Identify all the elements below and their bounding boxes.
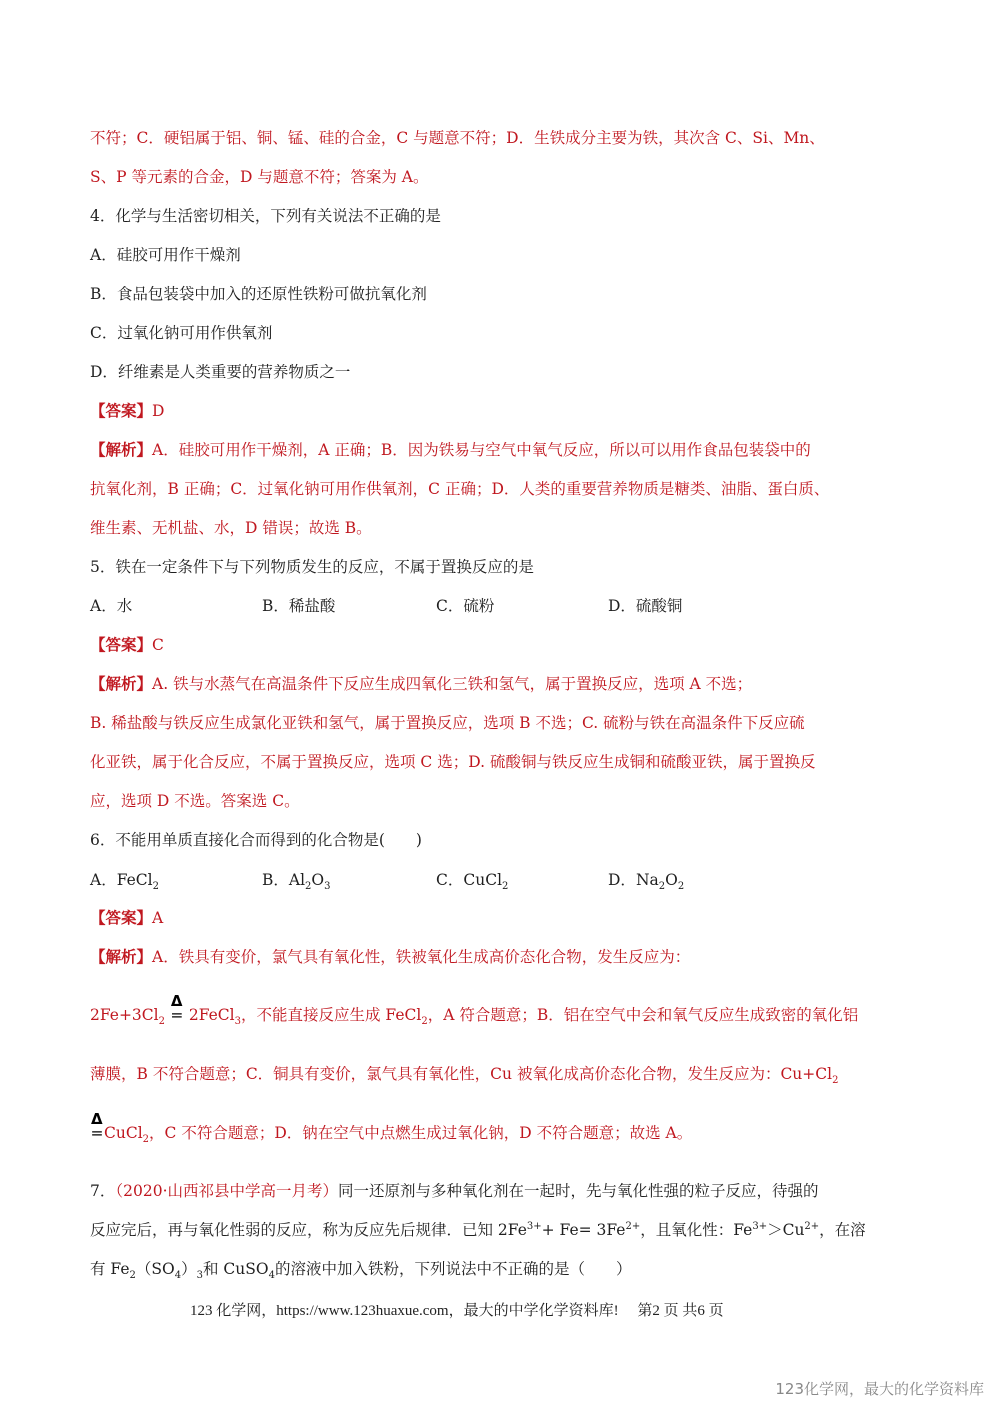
option-label: D． [608,871,636,889]
question-text: 和 CuSO [203,1260,269,1278]
formula: FeCl [117,871,153,889]
formula-subscript: 2 [832,1075,838,1086]
question-text: 有 Fe [90,1260,130,1278]
analysis-tag: 【解析】 [90,947,152,966]
formula: Al [289,871,305,889]
question-7-stem-line: 有 Fe2（SO4）3和 CuSO4的溶液中加入铁粉，下列说法中不正确的是（ ） [90,1258,631,1280]
analysis-tag: 【解析】 [90,440,152,459]
question-4-analysis-line: 【解析】A．硅胶可用作干燥剂，A 正确；B．因为铁易与空气中氧气反应，所以可以用… [90,439,811,461]
question-7-stem-line: 反应完后，再与氧化性弱的反应，称为反应先后规律．已知 2Fe3++ Fe= 3F… [90,1219,866,1241]
question-text: 同一还原剂与多种氧化剂在一起时，先与氧化性强的粒子反应，待强的 [338,1182,819,1200]
option-label: C． [436,871,463,889]
question-6-analysis-line: Δ=CuCl2，C 不符合题意；D．钠在空气中点燃生成过氧化钠，D 不符合题意；… [90,1122,692,1144]
question-text: 反应完后，再与氧化性弱的反应，称为反应先后规律．已知 2Fe [90,1221,527,1239]
question-5-analysis-line: 化亚铁，属于化合反应，不属于置换反应，选项 C 选；D. 硫酸铜与铁反应生成铜和… [90,751,815,773]
answer-tag: 【答案】 [90,401,152,420]
question-6-option-b: B．Al2O3 [262,869,331,891]
analysis-text: A．铁具有变价，氯气具有氧化性，铁被氧化生成高价态化合物，发生反应为： [152,948,690,966]
analysis-text: ，不能直接反应生成 FeCl [241,1006,421,1024]
question-6-answer: 【答案】A [90,907,163,929]
answer-tag: 【答案】 [90,635,152,654]
analysis-text: ，A 符合题意；B．铝在空气中会和氧气反应生成致密的氧化铝 [428,1006,859,1024]
question-5-analysis-line: 【解析】A. 铁与水蒸气在高温条件下反应生成四氧化三铁和氢气，属于置换反应，选项… [90,673,752,695]
answer-value: D [152,402,164,420]
formula-subscript: 2 [678,881,684,892]
question-5-option-a: A．水 [90,595,132,617]
question-6-analysis-line: 【解析】A．铁具有变价，氯气具有氧化性，铁被氧化生成高价态化合物，发生反应为： [90,946,690,968]
ion-charge: 2+ [625,1221,640,1232]
heating-condition: Δ= [170,1004,184,1026]
analysis-continuation-line: 不符；C．硬铝属于铝、铜、锰、硅的合金，C 与题意不符；D．生铁成分主要为铁，其… [90,127,825,149]
question-6-stem: 6．不能用单质直接化合而得到的化合物是( ) [90,829,422,851]
question-5-stem: 5．铁在一定条件下与下列物质发生的反应，不属于置换反应的是 [90,556,534,578]
question-text: ） [181,1260,197,1278]
formula: O [665,871,678,889]
delta-icon: Δ [91,1108,103,1130]
question-4-option-b: B．食品包装袋中加入的还原性铁粉可做抗氧化剂 [90,283,427,305]
question-5-option-b: B．稀盐酸 [262,595,335,617]
answer-value: A [152,909,163,927]
analysis-tag: 【解析】 [90,674,152,693]
question-4-stem: 4．化学与生活密切相关，下列有关说法不正确的是 [90,205,441,227]
page-footer: 123 化学网，https://www.123huaxue.com，最大的中学化… [190,1299,724,1320]
question-text: （SO [136,1260,175,1278]
watermark: 123化学网，最大的化学资料库 [775,1378,984,1399]
question-6-analysis-equation-line: 2Fe+3Cl2 Δ= 2FeCl3，不能直接反应生成 FeCl2，A 符合题意… [90,1004,858,1026]
question-4-option-a: A．硅胶可用作干燥剂 [90,244,241,266]
formula: Na [636,871,659,889]
question-4-analysis-line: 维生素、无机盐、水，D 错误；故选 B。 [90,517,372,539]
question-4-analysis-line: 抗氧化剂，B 正确；C．过氧化钠可用作供氧剂，C 正确；D．人类的重要营养物质是… [90,478,829,500]
question-5-analysis-line: B. 稀盐酸与铁反应生成氯化亚铁和氢气，属于置换反应，选项 B 不选；C. 硫粉… [90,712,805,734]
equation-product: 2FeCl [189,1006,235,1024]
question-5-option-c: C．硫粉 [436,595,494,617]
question-6-option-a: A．FeCl2 [90,869,159,891]
equation-reactants: 2Fe+3Cl [90,1006,159,1024]
analysis-continuation-line: S、P 等元素的合金，D 与题意不符；答案为 A。 [90,166,428,188]
formula-subscript: 2 [153,881,159,892]
equation-product: CuCl [104,1124,143,1142]
question-text: ，在溶 [819,1221,866,1239]
question-text: ＞Cu [767,1221,804,1239]
question-text: 的溶液中加入铁粉，下列说法中不正确的是（ ） [275,1260,632,1278]
question-5-analysis-line: 应，选项 D 不选。答案选 C。 [90,790,300,812]
question-7-stem-line: 7．（2020·山西祁县中学高一月考）同一还原剂与多种氧化剂在一起时，先与氧化性… [90,1180,819,1202]
option-label: B． [262,871,289,889]
question-number: 7． [90,1182,115,1200]
analysis-text: ，C 不符合题意；D．钠在空气中点燃生成过氧化钠，D 不符合题意；故选 A。 [149,1124,692,1142]
question-text: ，且氧化性：Fe [640,1221,752,1239]
heating-condition: Δ= [90,1122,104,1144]
question-4-answer: 【答案】D [90,400,164,422]
formula-subscript: 3 [324,881,330,892]
option-label: A． [90,871,117,889]
question-6-option-c: C．CuCl2 [436,869,508,891]
question-5-option-d: D．硫酸铜 [608,595,682,617]
answer-tag: 【答案】 [90,908,152,927]
analysis-text: A. 铁与水蒸气在高温条件下反应生成四氧化三铁和氢气，属于置换反应，选项 A 不… [152,675,752,693]
question-4-option-c: C．过氧化钠可用作供氧剂 [90,322,272,344]
ion-charge: 3+ [752,1221,767,1232]
question-text: + Fe= 3Fe [542,1221,626,1239]
question-6-option-d: D．Na2O2 [608,869,684,891]
answer-value: C [152,636,164,654]
question-source: （2020·山西祁县中学高一月考） [115,1182,338,1200]
formula-subscript: 2 [502,881,508,892]
formula: O [311,871,324,889]
question-4-option-d: D．纤维素是人类重要的营养物质之一 [90,361,350,383]
formula: CuCl [463,871,502,889]
analysis-text: 薄膜，B 不符合题意；C．铜具有变价，氯气具有氧化性，Cu 被氧化成高价态化合物… [90,1065,832,1083]
question-6-analysis-line: 薄膜，B 不符合题意；C．铜具有变价，氯气具有氧化性，Cu 被氧化成高价态化合物… [90,1063,838,1085]
delta-icon: Δ [171,990,183,1012]
ion-charge: 3+ [527,1221,542,1232]
question-5-answer: 【答案】C [90,634,164,656]
formula-subscript: 2 [159,1016,165,1027]
analysis-text: A．硅胶可用作干燥剂，A 正确；B．因为铁易与空气中氧气反应，所以可以用作食品包… [152,441,811,459]
ion-charge: 2+ [804,1221,819,1232]
